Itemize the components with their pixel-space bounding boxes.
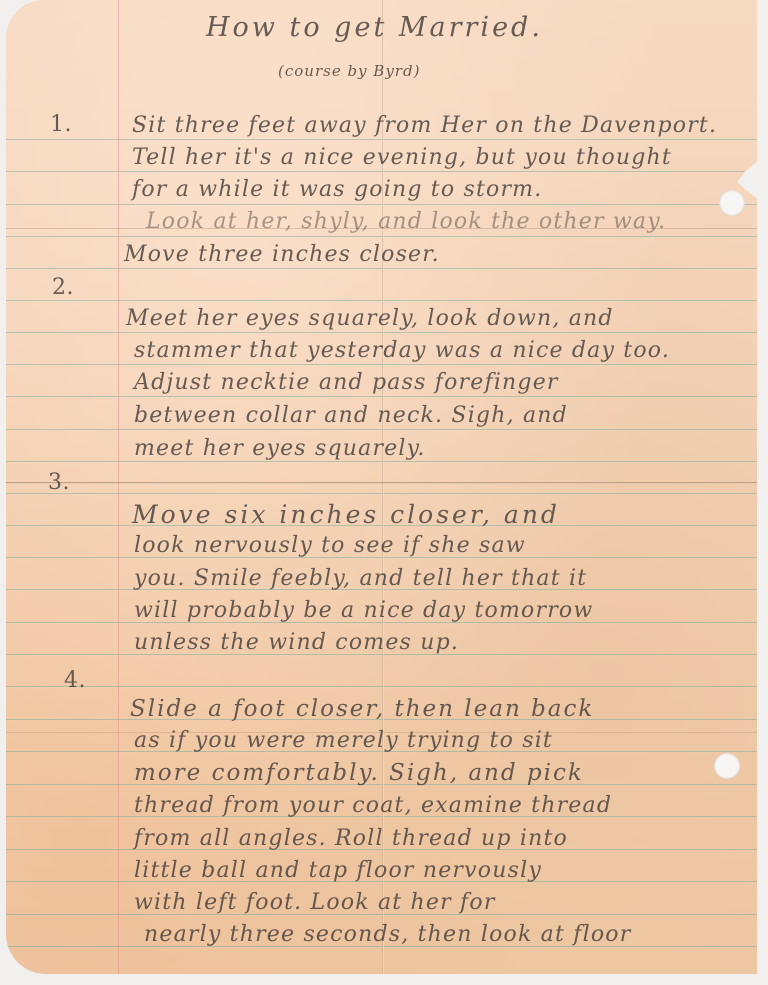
punch-hole bbox=[714, 753, 740, 779]
step-line: Adjust necktie and pass forefinger bbox=[134, 370, 559, 395]
step-number: 2. bbox=[52, 275, 74, 300]
step-line: Slide a foot closer, then lean back bbox=[130, 696, 594, 722]
step-line: nearly three seconds, then look at floor bbox=[144, 922, 631, 947]
step-line: look nervously to see if she saw bbox=[134, 533, 526, 558]
notebook-page: How to get Married. (course by Byrd) 1. … bbox=[6, 0, 757, 974]
step-line: more comfortably. Sigh, and pick bbox=[134, 760, 584, 786]
step-number: 4. bbox=[64, 668, 86, 693]
step-line: Meet her eyes squarely, look down, and bbox=[126, 306, 614, 331]
step-line: you. Smile feebly, and tell her that it bbox=[134, 566, 587, 591]
step-line: from all angles. Roll thread up into bbox=[134, 826, 568, 851]
step-line: as if you were merely trying to sit bbox=[134, 728, 553, 753]
step-line: stammer that yesterday was a nice day to… bbox=[134, 338, 670, 363]
margin-line bbox=[118, 0, 119, 974]
horizontal-fold bbox=[6, 482, 757, 484]
step-line: Move three inches closer. bbox=[124, 242, 440, 267]
step-line: between collar and neck. Sigh, and bbox=[134, 403, 568, 428]
page-subtitle: (course by Byrd) bbox=[278, 62, 420, 80]
step-number: 1. bbox=[50, 112, 72, 137]
punch-hole bbox=[719, 190, 745, 216]
step-line: will probably be a nice day tomorrow bbox=[134, 598, 593, 623]
step-line: little ball and tap floor nervously bbox=[134, 858, 542, 883]
page-title: How to get Married. bbox=[206, 12, 543, 43]
step-number: 3. bbox=[48, 470, 70, 495]
step-line: Tell her it's a nice evening, but you th… bbox=[132, 145, 672, 170]
step-line: with left foot. Look at her for bbox=[134, 890, 496, 915]
step-line: for a while it was going to storm. bbox=[132, 177, 542, 202]
step-line: meet her eyes squarely. bbox=[134, 436, 426, 461]
step-line: unless the wind comes up. bbox=[134, 630, 459, 655]
step-line: Move six inches closer, and bbox=[132, 500, 560, 529]
step-line: Sit three feet away from Her on the Dave… bbox=[132, 113, 717, 138]
step-line: Look at her, shyly, and look the other w… bbox=[146, 209, 666, 234]
step-line: thread from your coat, examine thread bbox=[134, 793, 612, 818]
